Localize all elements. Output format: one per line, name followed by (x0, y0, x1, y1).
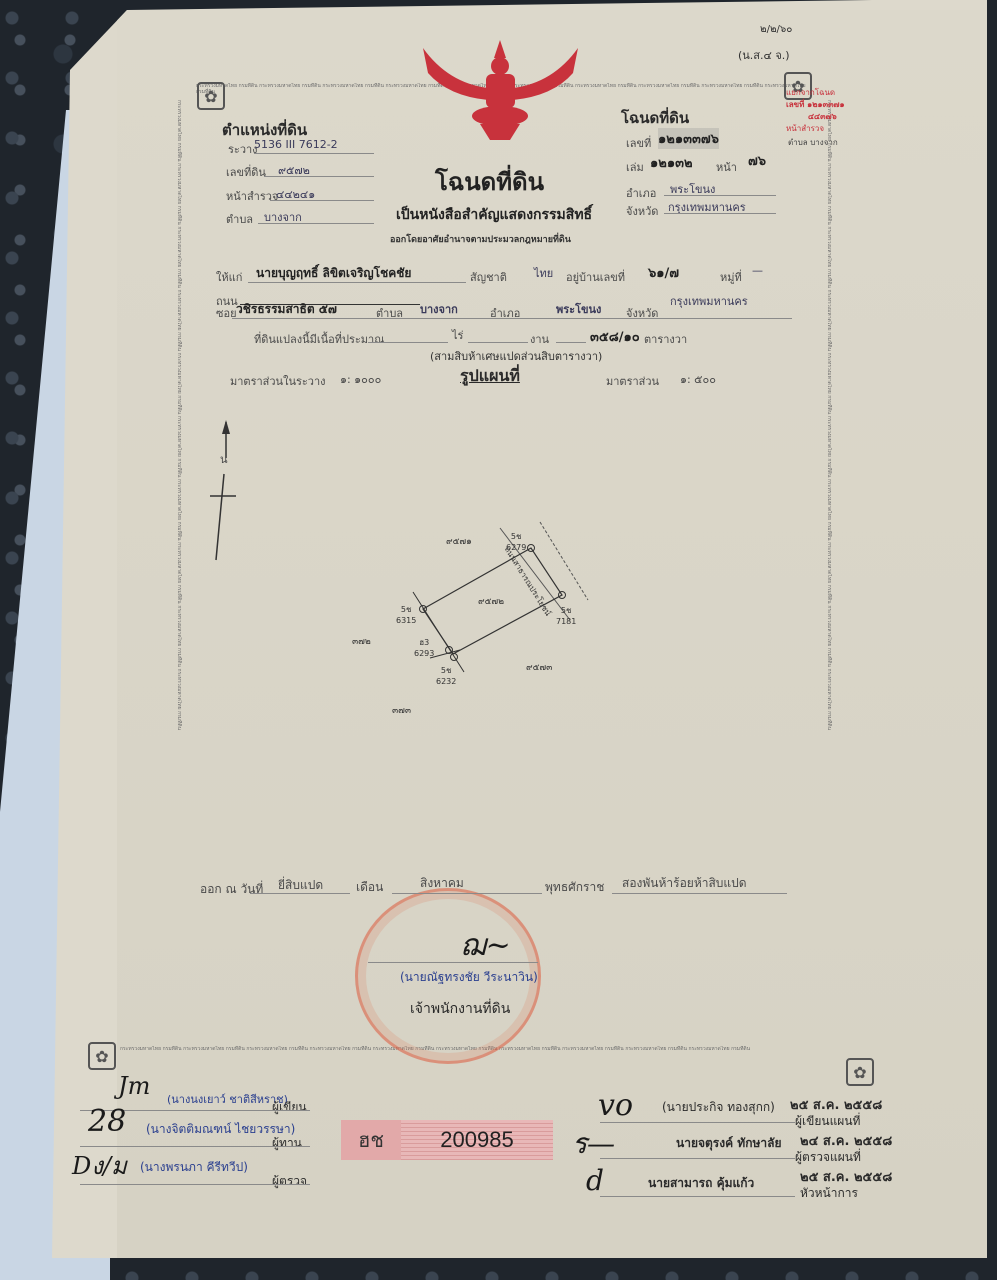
inspector-role: ผู้ตรวจ (272, 1172, 307, 1191)
officer-name: (นายณัฐทรงชัย วีระนาวิน) (400, 968, 538, 987)
area-in-words: (สามสิบห้าเศษแปดส่วนสิบตารางวา) (430, 347, 602, 365)
deed-book-label: เล่ม (626, 158, 644, 176)
deed-amphoe-label: อำเภอ (626, 184, 656, 202)
tambon-label: ตำบล (226, 210, 253, 228)
left-security-border: กระทรวงมหาดไทย กรมที่ดิน กระทรวงมหาดไทย … (150, 100, 182, 1040)
signature-proofreader: 28 (88, 1104, 126, 1139)
rosette-icon: ✿ (846, 1058, 874, 1086)
proofreader-role: ผู้ทาน (272, 1134, 302, 1153)
rosette-icon: ✿ (88, 1042, 116, 1070)
authority-line: ออกโดยอาศัยอำนาจตามประมวลกฎหมายที่ดิน (390, 232, 571, 246)
deed-book-value: ๑๒๑๓๒ (650, 152, 693, 173)
serial-prefix: ฮช (341, 1124, 401, 1156)
to-label: ให้แก่ (216, 268, 242, 286)
scale-rawang-value: ๑: ๑๐๐๐ (340, 370, 381, 388)
document-title: โฉนดที่ดิน (435, 162, 544, 201)
deed-province-label: จังหวัด (626, 202, 658, 220)
scale-rawang-label: มาตราส่วนในระวาง (230, 372, 326, 390)
nationality-label: สัญชาติ (470, 268, 507, 286)
neighbor-north: ๙๕๗๑ (446, 534, 472, 548)
signature-chief: d (586, 1164, 604, 1197)
serial-number: 200985 (401, 1120, 553, 1160)
wa-value: ๓๕๘/๑๐ (590, 326, 640, 347)
map-writer-role: ผู้เขียนแผนที่ (795, 1112, 860, 1131)
split-from-deed-annotation: แยกจากโฉนด เลขที่ ๑๒๑๓๓๗๑ ๔๔๓๗๖ หน้าสำรว… (786, 86, 866, 146)
owner-amphoe-label: อำเภอ (490, 304, 520, 322)
parcel-map (330, 520, 590, 720)
owner-tambon-value: บางจาก (420, 300, 458, 318)
neighbor-west: ๓๗๒ (352, 634, 371, 648)
right-security-border: กระทรวงมหาดไทย กรมที่ดิน กระทรวงมหาดไทย … (800, 100, 832, 1040)
deed-no-value: ๑๒๑๓๓๗๖ (658, 128, 719, 149)
rosette-icon: ✿ (197, 82, 225, 110)
soi-label: ซอย (216, 304, 237, 322)
scale-label: มาตราส่วน (606, 372, 659, 390)
moo-value: — (752, 264, 763, 277)
chief-name: นายสามารถ คุ้มแก้ว (648, 1174, 754, 1193)
writer-name: (นางนงเยาว์ ชาติสีหราช) (167, 1090, 288, 1108)
signature-inspector: Dง/ม (72, 1146, 127, 1185)
marker-6232: 5ช6232 (436, 664, 456, 686)
survey-page-label: หน้าสำรวจ (226, 187, 278, 205)
signature-map-writer: vo (598, 1088, 633, 1123)
map-checker-role: ผู้ตรวจแผนที่ (795, 1148, 861, 1167)
marker-6293: ฮ36293 (414, 636, 434, 658)
house-no-value: ๖๑/๗ (648, 262, 679, 283)
north-label: น (220, 450, 228, 468)
neighbor-south: ๙๕๗๓ (526, 660, 552, 674)
writer-role: ผู้เขียน (272, 1098, 307, 1117)
form-code: (น.ส.๔ จ.) (738, 46, 790, 64)
owner-province-value: กรุงเทพมหานคร (670, 292, 748, 310)
owner-name: นายบุญฤทธิ์ ลิขิตเจริญโชคชัย (256, 264, 411, 283)
nationality-value: ไทย (534, 264, 553, 282)
ngan-label: งาน (530, 330, 549, 348)
deed-heading: โฉนดที่ดิน (621, 106, 689, 130)
corner-note: ๒/๒/๖๐ (760, 22, 792, 37)
signature-map-checker: ร— (572, 1122, 615, 1166)
chief-role: หัวหน้าการ (800, 1184, 858, 1203)
deed-no-label: เลขที่ (626, 134, 651, 152)
owner-province-label: จังหวัด (626, 304, 658, 322)
soi-value: วชิรธรรมสาธิต ๕๗ (236, 300, 337, 319)
signature-writer: Jm (118, 1072, 150, 1100)
marker-6315: 5ช6315 (396, 603, 416, 625)
owner-amphoe-value: พระโขนง (556, 300, 601, 318)
serial-number-box: ฮช 200985 (341, 1120, 553, 1160)
owner-tambon-label: ตำบล (376, 304, 403, 322)
garuda-emblem-icon (418, 38, 583, 143)
year-label: พุทธศักราช (545, 878, 604, 897)
officer-title: เจ้าพนักงานที่ดิน (410, 998, 510, 1020)
inspector-name: (นางพรนภา คีรีทวีป) (140, 1158, 248, 1177)
issue-year: สองพันห้าร้อยห้าสิบแปด (622, 874, 747, 893)
land-no-label: เลขที่ดิน (226, 163, 266, 181)
moo-label: หมู่ที่ (720, 268, 742, 286)
rawang-value: 5136 III 7612-2 (254, 138, 338, 151)
month-label: เดือน (356, 878, 383, 897)
parcel-number: ๙๕๗๒ (478, 594, 504, 608)
scale-value: ๑: ๕๐๐ (680, 370, 716, 388)
issued-label: ออก ณ วันที่ (200, 880, 263, 899)
wa-label: ตารางวา (644, 330, 687, 348)
marker-6279: 5ช6279 (506, 530, 526, 552)
neighbor-sw: ๓๗๓ (392, 703, 411, 717)
map-heading: รูปแผนที่ (460, 364, 520, 389)
house-no-label: อยู่บ้านเลขที่ (566, 268, 625, 286)
deed-page-label: หน้า (716, 158, 737, 176)
area-intro-label: ที่ดินแปลงนี้มีเนื้อที่ประมาณ (254, 330, 384, 348)
north-arrow-icon (206, 418, 236, 563)
map-writer-name: (นายประกิจ ทองสุกก) (662, 1098, 775, 1117)
deed-page-value: ๗๖ (748, 150, 766, 171)
document-subtitle: เป็นหนังสือสำคัญแสดงกรรมสิทธิ์ (396, 204, 592, 226)
rai-label: ไร่ (452, 326, 463, 344)
map-checker-name: นายจตุรงค์ ทักษาลัย (676, 1134, 782, 1153)
issue-month: สิงหาคม (420, 874, 464, 893)
marker-7181: 5ช7181 (556, 604, 576, 626)
